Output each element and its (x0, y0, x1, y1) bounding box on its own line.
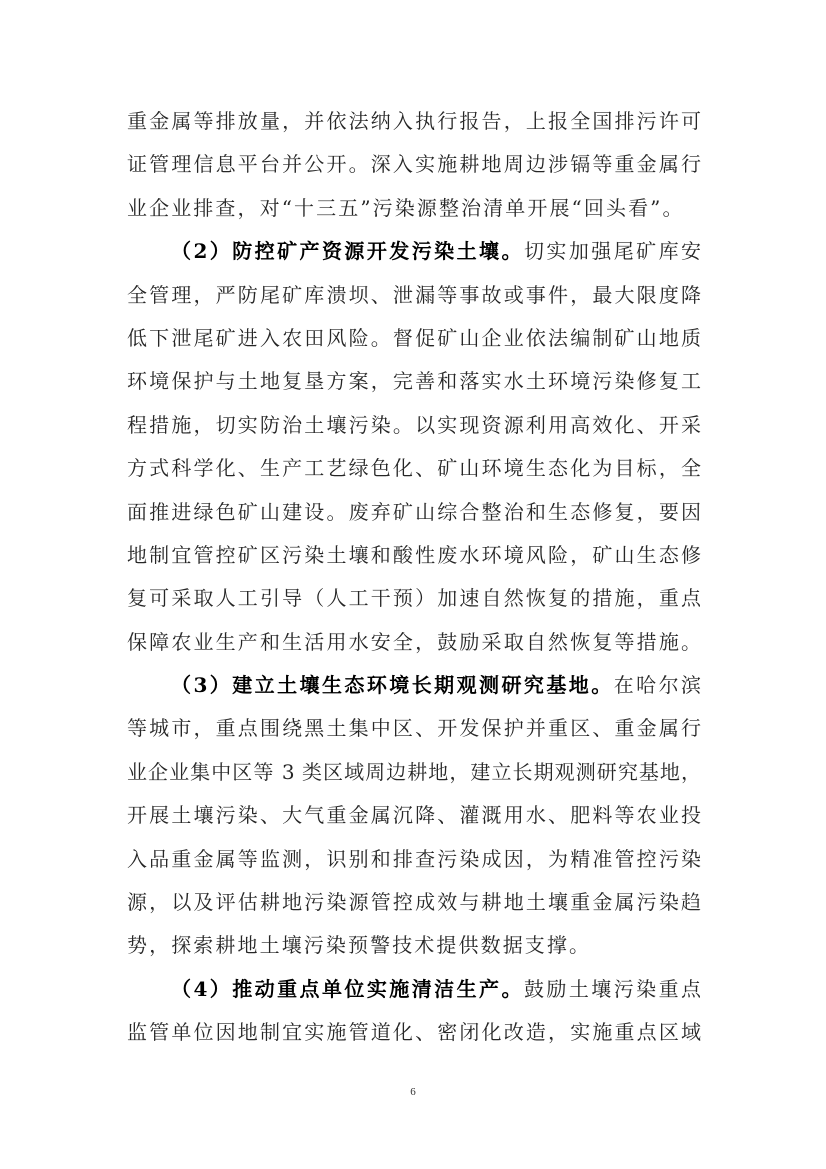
heading-line: （3）建立土壤生态环境长期观测研究基地。在哈尔滨 (127, 664, 701, 707)
text-line: 势，探索耕地土壤污染预警技术提供数据支撑。 (127, 924, 701, 967)
text-line: 程措施，切实防治土壤污染。以实现资源利用高效化、开采 (127, 404, 701, 447)
document-page: 重金属等排放量，并依法纳入执行报告，上报全国排污许可 证管理信息平台并公开。深入… (0, 0, 826, 1169)
paragraph-2: （2）防控矿产资源开发污染土壤。切实加强尾矿库安 全管理，严防尾矿库溃坝、泄漏等… (127, 230, 701, 664)
heading-line-text: 鼓励土壤污染重点 (524, 977, 701, 1001)
paragraph-3: （3）建立土壤生态环境长期观测研究基地。在哈尔滨 等城市，重点围绕黑土集中区、开… (127, 664, 701, 968)
text-line: 入品重金属等监测，识别和排查污染成因，为精准管控污染 (127, 838, 701, 881)
text-line: 保障农业生产和生活用水安全，鼓励采取自然恢复等措施。 (127, 621, 701, 664)
text-line: 监管单位因地制宜实施管道化、密闭化改造，实施重点区域 (127, 1011, 701, 1054)
section-heading-2: （2）防控矿产资源开发污染土壤。 (171, 239, 524, 263)
text-line: 面推进绿色矿山建设。废弃矿山综合整治和生态修复，要因 (127, 491, 701, 534)
text-line: 开展土壤污染、大气重金属沉降、灌溉用水、肥料等农业投 (127, 794, 701, 837)
text-line: 全管理，严防尾矿库溃坝、泄漏等事故或事件，最大限度降 (127, 274, 701, 317)
text-line: 重金属等排放量，并依法纳入执行报告，上报全国排污许可 (127, 100, 701, 143)
paragraph-4: （4）推动重点单位实施清洁生产。鼓励土壤污染重点 监管单位因地制宜实施管道化、密… (127, 968, 701, 1055)
text-line: 业企业排查，对“十三五”污染源整治清单开展“回头看”。 (127, 187, 701, 230)
heading-line: （4）推动重点单位实施清洁生产。鼓励土壤污染重点 (127, 968, 701, 1011)
paragraph-1: 重金属等排放量，并依法纳入执行报告，上报全国排污许可 证管理信息平台并公开。深入… (127, 100, 701, 230)
text-line: 复可采取人工引导（人工干预）加速自然恢复的措施，重点 (127, 577, 701, 620)
section-heading-4: （4）推动重点单位实施清洁生产。 (171, 977, 524, 1001)
text-line: 方式科学化、生产工艺绿色化、矿山环境生态化为目标，全 (127, 447, 701, 490)
heading-line-text: 切实加强尾矿库安 (524, 239, 701, 263)
heading-line-text: 在哈尔滨 (614, 673, 701, 697)
text-line: 业企业集中区等 3 类区域周边耕地，建立长期观测研究基地， (127, 751, 701, 794)
text-line: 环境保护与土地复垦方案，完善和落实水土环境污染修复工 (127, 360, 701, 403)
text-line: 等城市，重点围绕黑土集中区、开发保护并重区、重金属行 (127, 707, 701, 750)
section-heading-3: （3）建立土壤生态环境长期观测研究基地。 (171, 673, 614, 697)
page-number: 6 (0, 1086, 826, 1098)
text-line: 源，以及评估耕地污染源管控成效与耕地土壤重金属污染趋 (127, 881, 701, 924)
text-line: 地制宜管控矿区污染土壤和酸性废水环境风险，矿山生态修 (127, 534, 701, 577)
document-body: 重金属等排放量，并依法纳入执行报告，上报全国排污许可 证管理信息平台并公开。深入… (127, 100, 701, 1055)
text-line: 低下泄尾矿进入农田风险。督促矿山企业依法编制矿山地质 (127, 317, 701, 360)
heading-line: （2）防控矿产资源开发污染土壤。切实加强尾矿库安 (127, 230, 701, 273)
text-line: 证管理信息平台并公开。深入实施耕地周边涉镉等重金属行 (127, 143, 701, 186)
